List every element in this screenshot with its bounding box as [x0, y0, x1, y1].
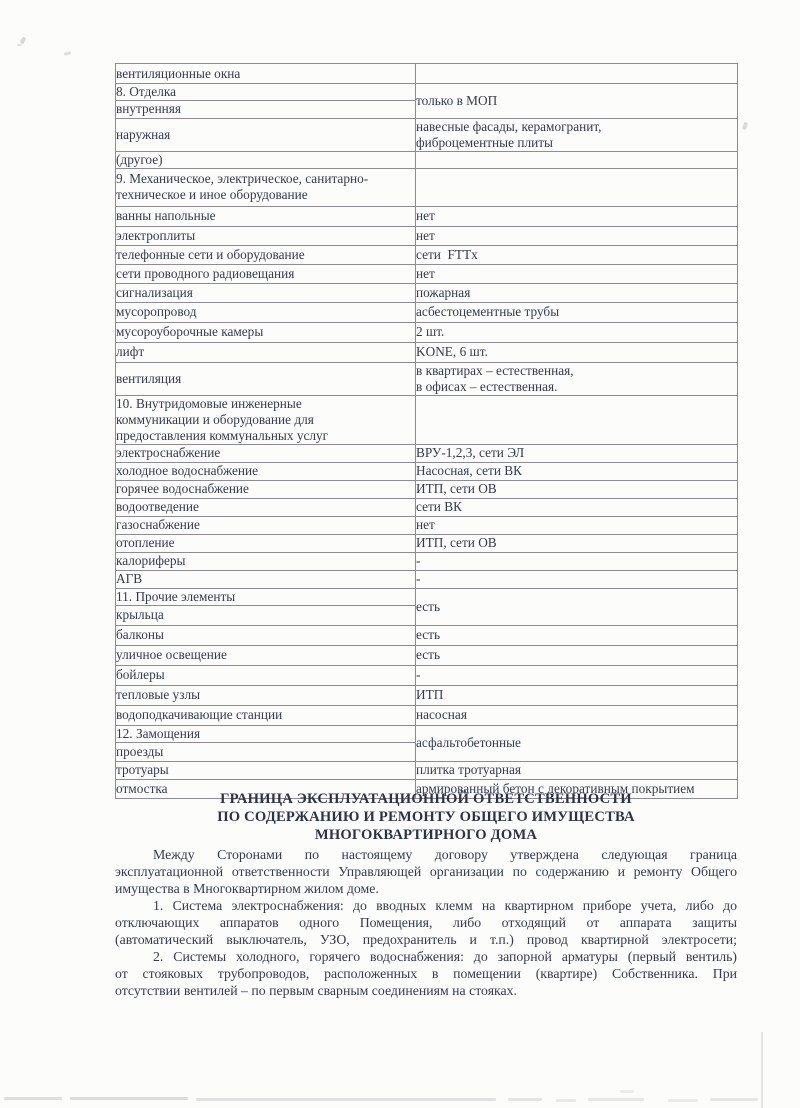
spec-value: нет	[416, 206, 738, 226]
spec-value: Насосная, сети ВК	[416, 462, 738, 480]
spec-value: в квартирах – естественная, в офисах – е…	[416, 362, 738, 395]
spec-label: мусоропровод	[116, 302, 416, 322]
spec-value: сети ВК	[416, 498, 738, 516]
spec-label: уличное освещение	[116, 645, 416, 665]
spec-label: балконы	[116, 625, 416, 645]
spec-label: газоснабжение	[116, 516, 416, 534]
spec-label: электроснабжение	[116, 444, 416, 462]
text-line: 1. Система электроснабжения: до вводных …	[115, 897, 737, 914]
spec-label: внутренняя	[116, 100, 416, 118]
spec-value: пожарная	[416, 283, 738, 302]
spec-value: насосная	[416, 705, 738, 725]
spec-section-label: 12. Замощения	[116, 725, 416, 742]
spec-value: нет	[416, 264, 738, 283]
spec-value: асфальтобетонные	[416, 725, 738, 761]
table-row: ванны напольныенет	[116, 206, 738, 226]
text-line: Между Сторонами по настоящему договору у…	[115, 846, 737, 863]
heading-line: ГРАНИЦА ЭКСПЛУАТАЦИОННОЙ ОТВЕТСТВЕННОСТИ	[115, 790, 737, 808]
spec-label: тепловые узлы	[116, 685, 416, 705]
spec-section-label: 10. Внутридомовые инженерные коммуникаци…	[116, 395, 416, 444]
table-row: балконыесть	[116, 625, 738, 645]
spec-value: есть	[416, 645, 738, 665]
table-row: наружнаянавесные фасады, керамогранит, ф…	[116, 118, 738, 151]
spec-label: телефонные сети и оборудование	[116, 245, 416, 264]
text-line: отключающих аппаратов одного Помещения, …	[115, 914, 737, 931]
text-line: отсутствии вентилей – по первым сварным …	[115, 982, 737, 999]
text-line: 2. Системы холодного, горячего водоснабж…	[115, 948, 737, 965]
scan-artifact	[17, 44, 22, 46]
building-spec-table: вентиляционные окна 8. Отделкатолько в М…	[115, 63, 738, 799]
spec-label: водоподкачивающие станции	[116, 705, 416, 725]
spec-value	[416, 168, 738, 206]
spec-label: калориферы	[116, 552, 416, 570]
spec-value: ВРУ-1,2,3, сети ЭЛ	[416, 444, 738, 462]
table-row: АГВ-	[116, 570, 738, 588]
spec-value: 2 шт.	[416, 322, 738, 342]
spec-value: -	[416, 570, 738, 588]
spec-label: (другое)	[116, 151, 416, 168]
spec-label: сигнализация	[116, 283, 416, 302]
text-line: эксплуатационной ответственности Управля…	[115, 863, 737, 880]
spec-value: ИТП, сети ОВ	[416, 534, 738, 552]
table-row: (другое)	[116, 151, 738, 168]
table-row: лифтKONE, 6 шт.	[116, 342, 738, 362]
table-row: водоотведениесети ВК	[116, 498, 738, 516]
spec-value: только в МОП	[416, 84, 738, 119]
text-line: от стояковых трубопроводов, расположенны…	[115, 965, 737, 982]
spec-section-label: 9. Механическое, электрическое, санитарн…	[116, 168, 416, 206]
spec-label: вентиляция	[116, 362, 416, 395]
body-text: Между Сторонами по настоящему договору у…	[115, 846, 737, 999]
table-row: уличное освещениеесть	[116, 645, 738, 665]
table-row: 9. Механическое, электрическое, санитарн…	[116, 168, 738, 206]
scan-artifact	[64, 51, 72, 56]
table-row: калориферы-	[116, 552, 738, 570]
spec-value	[416, 151, 738, 168]
table-row: бойлеры-	[116, 665, 738, 685]
table-row: водоподкачивающие станциинасосная	[116, 705, 738, 725]
table-row: газоснабжениенет	[116, 516, 738, 534]
table-row: отоплениеИТП, сети ОВ	[116, 534, 738, 552]
spec-value	[416, 64, 738, 84]
spec-value: KONE, 6 шт.	[416, 342, 738, 362]
spec-value: -	[416, 552, 738, 570]
table-row: 12. Замощенияасфальтобетонные	[116, 725, 738, 742]
spec-label: вентиляционные окна	[116, 64, 416, 84]
spec-value: -	[416, 665, 738, 685]
scan-artifact	[742, 122, 748, 131]
table-row: сигнализацияпожарная	[116, 283, 738, 302]
section-heading: ГРАНИЦА ЭКСПЛУАТАЦИОННОЙ ОТВЕТСТВЕННОСТИ…	[115, 790, 737, 844]
table-row: телефонные сети и оборудованиесети FTTx	[116, 245, 738, 264]
table-row: 11. Прочие элементыесть	[116, 588, 738, 605]
heading-line: МНОГОКВАРТИРНОГО ДОМА	[115, 826, 737, 844]
spec-value: навесные фасады, керамогранит, фиброцеме…	[416, 118, 738, 151]
table-row: мусоропроводасбестоцементные трубы	[116, 302, 738, 322]
spec-label: мусороуборочные камеры	[116, 322, 416, 342]
text-line: (автоматический выключатель, УЗО, предох…	[115, 931, 737, 948]
spec-section-label: 8. Отделка	[116, 84, 416, 101]
spec-value: нет	[416, 516, 738, 534]
spec-value	[416, 395, 738, 444]
spec-value: плитка тротуарная	[416, 761, 738, 779]
table-row: мусороуборочные камеры2 шт.	[116, 322, 738, 342]
table-row: 10. Внутридомовые инженерные коммуникаци…	[116, 395, 738, 444]
spec-value: нет	[416, 226, 738, 245]
table-row: вентиляционные окна	[116, 64, 738, 84]
spec-label: ванны напольные	[116, 206, 416, 226]
table-row: электроплитынет	[116, 226, 738, 245]
spec-label: отопление	[116, 534, 416, 552]
table-row: электроснабжениеВРУ-1,2,3, сети ЭЛ	[116, 444, 738, 462]
spec-label: крыльца	[116, 605, 416, 625]
table-row: 8. Отделкатолько в МОП	[116, 84, 738, 101]
spec-value: сети FTTx	[416, 245, 738, 264]
table-row: тепловые узлыИТП	[116, 685, 738, 705]
spec-section-label: 11. Прочие элементы	[116, 588, 416, 605]
spec-label: сети проводного радиовещания	[116, 264, 416, 283]
text-line: имущества в Многоквартирном жилом доме.	[115, 880, 737, 897]
table-row: холодное водоснабжениеНасосная, сети ВК	[116, 462, 738, 480]
table-row: горячее водоснабжениеИТП, сети ОВ	[116, 480, 738, 498]
scan-page-edge	[761, 1032, 763, 1108]
spec-label: АГВ	[116, 570, 416, 588]
spec-value: ИТП, сети ОВ	[416, 480, 738, 498]
spec-label: наружная	[116, 118, 416, 151]
spec-value: есть	[416, 588, 738, 625]
spec-value: ИТП	[416, 685, 738, 705]
table-row: сети проводного радиовещаниянет	[116, 264, 738, 283]
spec-value: асбестоцементные трубы	[416, 302, 738, 322]
table-row: тротуарыплитка тротуарная	[116, 761, 738, 779]
spec-label: тротуары	[116, 761, 416, 779]
spec-label: проезды	[116, 742, 416, 761]
spec-value: есть	[416, 625, 738, 645]
heading-line: ПО СОДЕРЖАНИЮ И РЕМОНТУ ОБЩЕГО ИМУЩЕСТВА	[115, 808, 737, 826]
spec-label: горячее водоснабжение	[116, 480, 416, 498]
spec-label: холодное водоснабжение	[116, 462, 416, 480]
scanned-document-page: вентиляционные окна 8. Отделкатолько в М…	[0, 0, 800, 1108]
spec-label: водоотведение	[116, 498, 416, 516]
spec-label: электроплиты	[116, 226, 416, 245]
spec-label: лифт	[116, 342, 416, 362]
table-row: вентиляцияв квартирах – естественная, в …	[116, 362, 738, 395]
spec-label: бойлеры	[116, 665, 416, 685]
